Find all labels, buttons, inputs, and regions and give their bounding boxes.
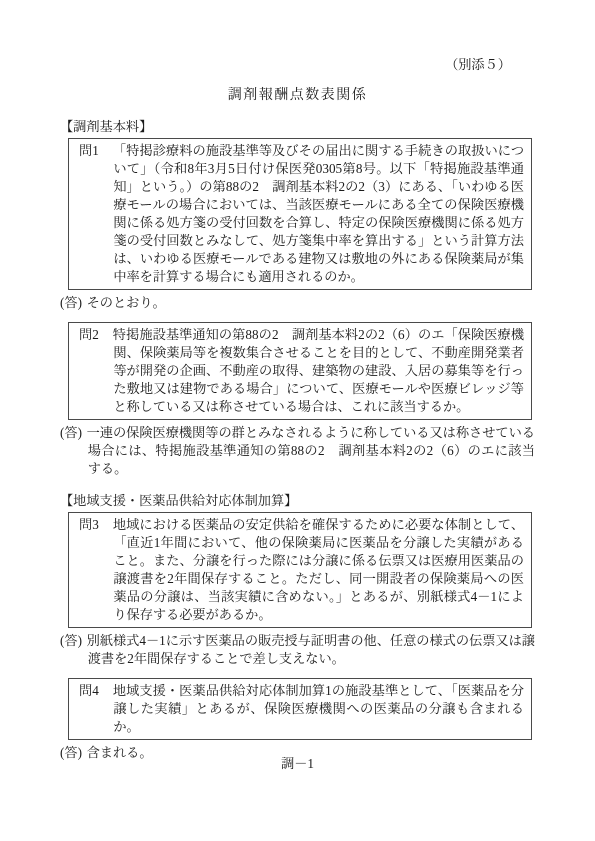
question-text-q4: 問4地域支援・医薬品供給対応体制加算1の施設基準として、「医薬品を分譲した実績」… (79, 682, 524, 736)
question-text-q1: 問1「特掲診療料の施設基準等及びその届出に関する手続きの取扱いについて」（令和8… (79, 142, 524, 286)
answer-text-q2: (答)一連の保険医療機関等の群とみなされるように称している又は称させている場合に… (60, 424, 535, 478)
answer-body-q1: そのとおり。 (87, 295, 166, 310)
question-box-q3: 問3地域における医薬品の安定供給を確保するために必要な体制として、「直近1年間に… (68, 512, 532, 628)
answer-text-q1: (答)そのとおり。 (60, 294, 535, 312)
question-box-q1: 問1「特掲診療料の施設基準等及びその届出に関する手続きの取扱いについて」（令和8… (68, 138, 532, 290)
attachment-label: （別添５） (60, 56, 535, 74)
section-heading-chouzai-kihonryou: 【調剤基本料】 (60, 118, 535, 136)
question-box-q2: 問2特掲施設基準通知の第88の2 調剤基本料2の2（6）のエ「保険医療機関、保険… (68, 322, 532, 420)
question-body-q1: 「特掲診療料の施設基準等及びその届出に関する手続きの取扱いについて」（令和8年3… (113, 143, 524, 284)
question-box-q4: 問4地域支援・医薬品供給対応体制加算1の施設基準として、「医薬品を分譲した実績」… (68, 678, 532, 740)
question-text-q3: 問3地域における医薬品の安定供給を確保するために必要な体制として、「直近1年間に… (79, 516, 524, 624)
answer-label-q3: (答) (60, 633, 82, 648)
answer-label-q2: (答) (60, 425, 82, 440)
answer-text-q3: (答)別紙様式4－1に示す医薬品の販売授与証明書の他、任意の様式の伝票又は譲渡書… (60, 632, 535, 668)
question-body-q2: 特掲施設基準通知の第88の2 調剤基本料2の2（6）のエ「保険医療機関、保険薬局… (113, 327, 524, 414)
question-label-q3: 問3 (79, 517, 99, 532)
document-page: （別添５） 調剤報酬点数表関係 【調剤基本料】 問1「特掲診療料の施設基準等及び… (0, 0, 595, 841)
page-title: 調剤報酬点数表関係 (60, 86, 535, 105)
question-label-q2: 問2 (79, 327, 99, 342)
page-number: 調－1 (0, 755, 595, 773)
answer-body-q2: 一連の保険医療機関等の群とみなされるように称している又は称させている場合には、特… (87, 425, 535, 476)
question-label-q1: 問1 (79, 143, 99, 158)
answer-label-q1: (答) (60, 295, 82, 310)
question-label-q4: 問4 (79, 683, 99, 698)
answer-body-q3: 別紙様式4－1に示す医薬品の販売授与証明書の他、任意の様式の伝票又は譲渡書を2年… (87, 633, 535, 666)
question-body-q3: 地域における医薬品の安定供給を確保するために必要な体制として、「直近1年間におい… (113, 517, 524, 622)
section-heading-chiiki-shien: 【地域支援・医薬品供給対応体制加算】 (60, 492, 535, 510)
question-text-q2: 問2特掲施設基準通知の第88の2 調剤基本料2の2（6）のエ「保険医療機関、保険… (79, 326, 524, 416)
question-body-q4: 地域支援・医薬品供給対応体制加算1の施設基準として、「医薬品を分譲した実績」とあ… (113, 683, 524, 734)
